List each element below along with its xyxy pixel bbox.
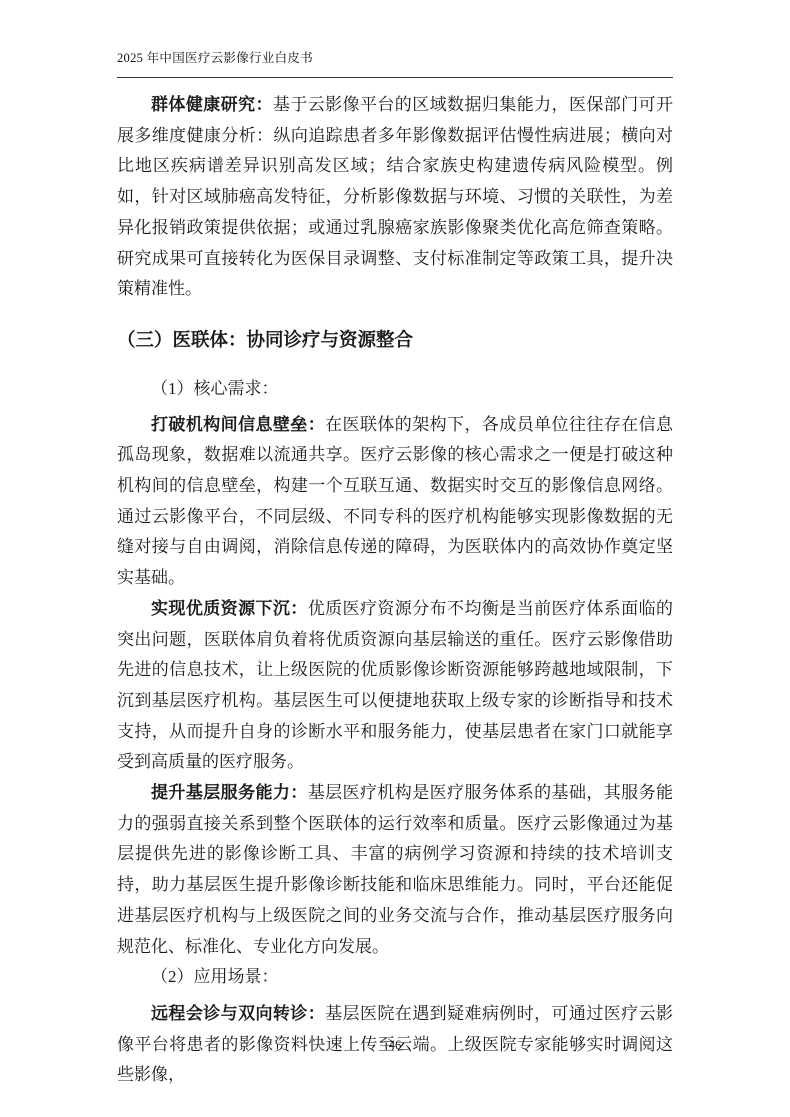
paragraph-resource-sinking: 实现优质资源下沉：优质医疗资源分布不均衡是当前医疗体系面临的突出问题，医联体肩负… [117, 594, 673, 778]
paragraph-text: 在医联体的架构下，各成员单位往往存在信息孤岛现象，数据难以流通共享。医疗云影像的… [117, 415, 673, 588]
paragraph-lead: 群体健康研究： [151, 95, 273, 114]
paragraph-text: 优质医疗资源分布不均衡是当前医疗体系面临的突出问题，医联体肩负着将优质资源向基层… [117, 599, 673, 772]
paragraph-grassroots-capability: 提升基层服务能力：基层医疗机构是医疗服务体系的基础，其服务能力的强弱直接关系到整… [117, 778, 673, 962]
paragraph-text: 基于云影像平台的区域数据归集能力，医保部门可开展多维度健康分析：纵向追踪患者多年… [117, 95, 673, 298]
paragraph-lead: 打破机构间信息壁垒： [151, 415, 325, 434]
page-header: 2025 年中国医疗云影像行业白皮书 [117, 0, 673, 78]
section-heading: （三）医联体：协同诊疗与资源整合 [117, 325, 673, 358]
subheading-application-scenarios: （2）应用场景： [117, 962, 673, 993]
header-title: 2025 年中国医疗云影像行业白皮书 [117, 51, 313, 65]
paragraph-lead: 实现优质资源下沉： [151, 599, 308, 618]
subheading-core-needs: （1）核心需求： [117, 374, 673, 405]
paragraph-lead: 远程会诊与双向转诊： [151, 1004, 325, 1023]
document-body: 群体健康研究：基于云影像平台的区域数据归集能力，医保部门可开展多维度健康分析：纵… [117, 78, 673, 1091]
paragraph-break-info-barriers: 打破机构间信息壁垒：在医联体的架构下，各成员单位往往存在信息孤岛现象，数据难以流… [117, 410, 673, 594]
page-number: 46 [389, 1038, 402, 1052]
paragraph-text: 基层医疗机构是医疗服务体系的基础，其服务能力的强弱直接关系到整个医联体的运行效率… [117, 783, 673, 956]
paragraph-group-health-research: 群体健康研究：基于云影像平台的区域数据归集能力，医保部门可开展多维度健康分析：纵… [117, 90, 673, 305]
paragraph-lead: 提升基层服务能力： [151, 783, 308, 802]
document-page: 2025 年中国医疗云影像行业白皮书 群体健康研究：基于云影像平台的区域数据归集… [0, 0, 790, 1117]
page-footer: 46 [0, 1038, 790, 1053]
